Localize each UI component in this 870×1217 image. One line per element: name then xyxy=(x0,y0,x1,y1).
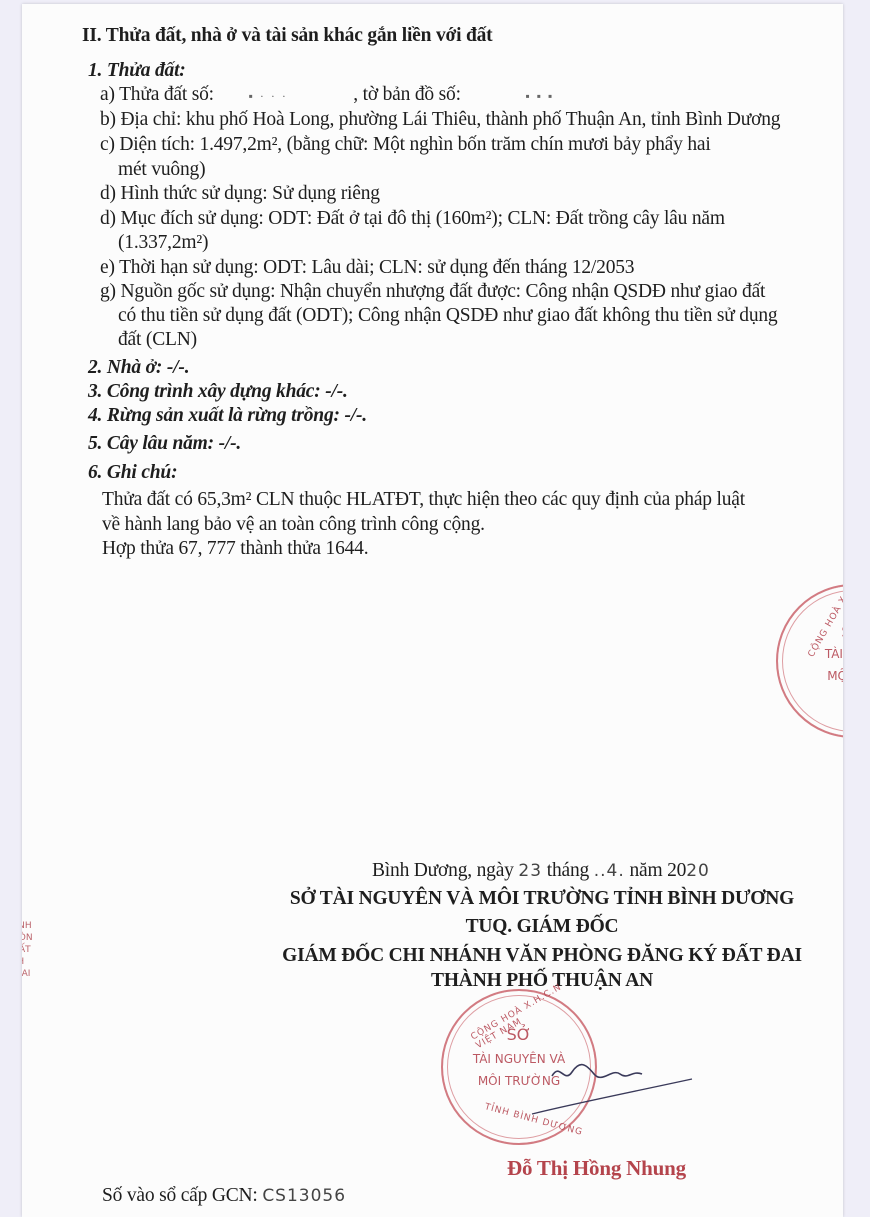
notes-line-1: Thửa đất có 65,3m² CLN thuộc HLATĐT, thự… xyxy=(102,488,745,512)
origin-row: g) Nguồn gốc sử dụng: Nhận chuyển nhượng… xyxy=(100,280,765,304)
right-official-stamp: CỘNG HOÀ X.H.C SỞ TÀI NGUY MỘI TRU xyxy=(776,584,843,738)
left-stamp-text: ÁNH HÒN ĐẤT PH N AI xyxy=(22,920,33,980)
right-stamp-clip: CỘNG HOÀ X.H.C SỞ TÀI NGUY MỘI TRU xyxy=(752,576,843,741)
handwritten-signature xyxy=(502,1044,702,1124)
notes-line-3: Hợp thửa 67, 777 thành thửa 1644. xyxy=(102,537,368,561)
usage-form-row: d) Hình thức sử dụng: Sử dụng riêng xyxy=(100,182,380,206)
land-heading: 1. Thửa đất: xyxy=(88,59,186,83)
area-row-cont: mét vuông) xyxy=(118,158,205,182)
parcel-number-redacted: ▪ · · · xyxy=(249,84,349,108)
registry-value: CS13056 xyxy=(262,1186,346,1206)
left-stamp-line: HÒN xyxy=(22,932,33,944)
left-stamp-line: N AI xyxy=(22,968,33,980)
registry-row: Số vào sổ cấp GCN: CS13056 xyxy=(102,1184,346,1208)
right-stamp-line-2: TÀI NGUY xyxy=(778,646,843,662)
agency-name: SỞ TÀI NGUYÊN VÀ MÔI TRƯỜNG TỈNH BÌNH DƯ… xyxy=(262,887,822,911)
area-row: c) Diện tích: 1.497,2m², (bằng chữ: Một … xyxy=(100,133,711,157)
position-title-cont: THÀNH PHỐ THUẬN AN xyxy=(262,969,822,993)
left-stamp-clip: ÁNH HÒN ĐẤT PH N AI xyxy=(22,904,44,1034)
proxy-title: TUQ. GIÁM ĐỐC xyxy=(262,915,822,939)
left-stamp-line: PH xyxy=(22,956,33,968)
date-month: ..4. xyxy=(594,861,625,881)
usage-purpose-row: d) Mục đích sử dụng: ODT: Đất ở tại đô t… xyxy=(100,207,725,231)
usage-term-row: e) Thời hạn sử dụng: ODT: Lâu dài; CLN: … xyxy=(100,256,634,280)
stamp-line-1: SỞ xyxy=(443,1027,595,1043)
right-stamp-line-3: MỘI TRU xyxy=(778,668,843,684)
map-sheet-redacted: ▪ ▪ ▪ xyxy=(525,84,554,108)
date-line: Bình Dương, ngày 23 tháng ..4. năm 2020 xyxy=(372,859,710,883)
origin-row-cont2: đất (CLN) xyxy=(118,328,197,352)
left-stamp-line: ÁNH xyxy=(22,920,33,932)
date-prefix: Bình Dương, ngày xyxy=(372,860,518,881)
position-title: GIÁM ĐỐC CHI NHÁNH VĂN PHÒNG ĐĂNG KÝ ĐẤT… xyxy=(262,944,822,968)
date-month-label: tháng xyxy=(542,860,594,881)
construction-row: 3. Công trình xây dựng khác: -/-. xyxy=(88,380,348,404)
section-title: II. Thửa đất, nhà ở và tài sản khác gắn … xyxy=(82,24,492,48)
notes-heading: 6. Ghi chú: xyxy=(88,461,177,485)
signer-name: Đỗ Thị Hồng Nhung xyxy=(507,1156,686,1180)
forest-row: 4. Rừng sản xuất là rừng trồng: -/-. xyxy=(88,404,367,428)
address-row: b) Địa chỉ: khu phố Hoà Long, phường Lái… xyxy=(100,108,780,132)
certificate-page: II. Thửa đất, nhà ở và tài sản khác gắn … xyxy=(22,4,843,1217)
registry-label: Số vào sổ cấp GCN: xyxy=(102,1185,262,1206)
origin-row-cont1: có thu tiền sử dụng đất (ODT); Công nhận… xyxy=(118,304,777,328)
notes-line-2: về hành lang bảo vệ an toàn công trình c… xyxy=(102,513,485,537)
usage-purpose-row-cont: (1.337,2m²) xyxy=(118,231,208,255)
date-year-suffix: 20 xyxy=(686,861,710,881)
map-sheet-label: , tờ bản đồ số: xyxy=(353,84,461,105)
perennial-row: 5. Cây lâu năm: -/-. xyxy=(88,432,241,456)
date-day: 23 xyxy=(518,861,542,881)
right-stamp-line-1: SỞ xyxy=(778,624,843,640)
left-stamp-line: ĐẤT xyxy=(22,944,33,956)
parcel-number-row: a) Thửa đất số: ▪ · · · , tờ bản đồ số: … xyxy=(100,83,554,108)
house-row: 2. Nhà ở: -/-. xyxy=(88,356,189,380)
parcel-number-label: a) Thửa đất số: xyxy=(100,84,214,105)
date-year-label: năm 20 xyxy=(625,860,686,881)
